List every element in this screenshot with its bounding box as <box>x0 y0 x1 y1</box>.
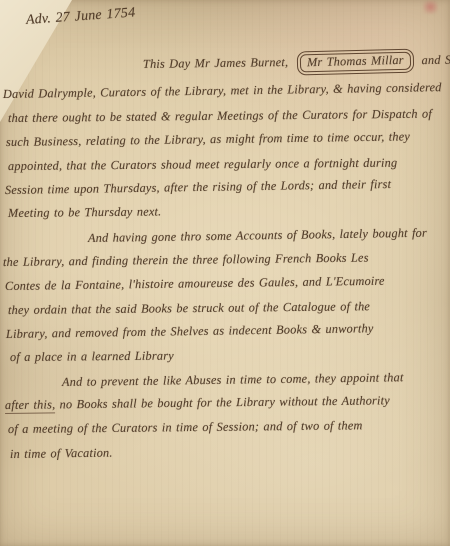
manuscript-line: And having gone thro some Accounts of Bo… <box>88 226 427 246</box>
manuscript-line: in time of Vacation. <box>10 446 113 462</box>
manuscript-line: And to prevent the like Abuses in time t… <box>62 370 404 390</box>
manuscript-line-after-this: after this, no Books shall be bought for… <box>5 393 390 413</box>
opening-line: This Day Mr James Burnet, Mr Thomas Mill… <box>143 49 450 77</box>
manuscript-line: of a place in a learned Library <box>10 349 174 365</box>
manuscript-line: Session time upon Thursdays, after the r… <box>5 177 391 198</box>
manuscript-line: Meeting to be Thursday next. <box>8 204 162 221</box>
manuscript-line: they ordain that the said Books be struc… <box>8 299 370 318</box>
manuscript-line: Library, and removed from the Shelves as… <box>6 321 374 342</box>
line-rest: no Books shall be bought for the Library… <box>60 393 390 411</box>
manuscript-line: the Library, and finding therein the thr… <box>3 251 369 270</box>
inserted-words: after this, <box>5 397 56 414</box>
manuscript-line: that there ought to be stated & regular … <box>8 107 432 126</box>
boxed-name: Mr Thomas Millar <box>296 49 413 76</box>
manuscript-line: Contes de la Fontaine, l'histoire amoure… <box>5 274 385 294</box>
red-stamp-mark <box>423 0 438 14</box>
manuscript-page: Adv. 27 June 1754 This Day Mr James Burn… <box>0 0 450 546</box>
manuscript-line: appointed, that the Curators shoud meet … <box>8 156 397 174</box>
opening-post: and Sir <box>421 53 450 68</box>
opening-pre: This Day Mr James Burnet, <box>143 55 288 71</box>
manuscript-line: such Business, relating to the Library, … <box>6 129 410 150</box>
manuscript-line: David Dalrymple, Curators of the Library… <box>3 80 442 102</box>
manuscript-line: of a meeting of the Curators in time of … <box>8 418 363 437</box>
